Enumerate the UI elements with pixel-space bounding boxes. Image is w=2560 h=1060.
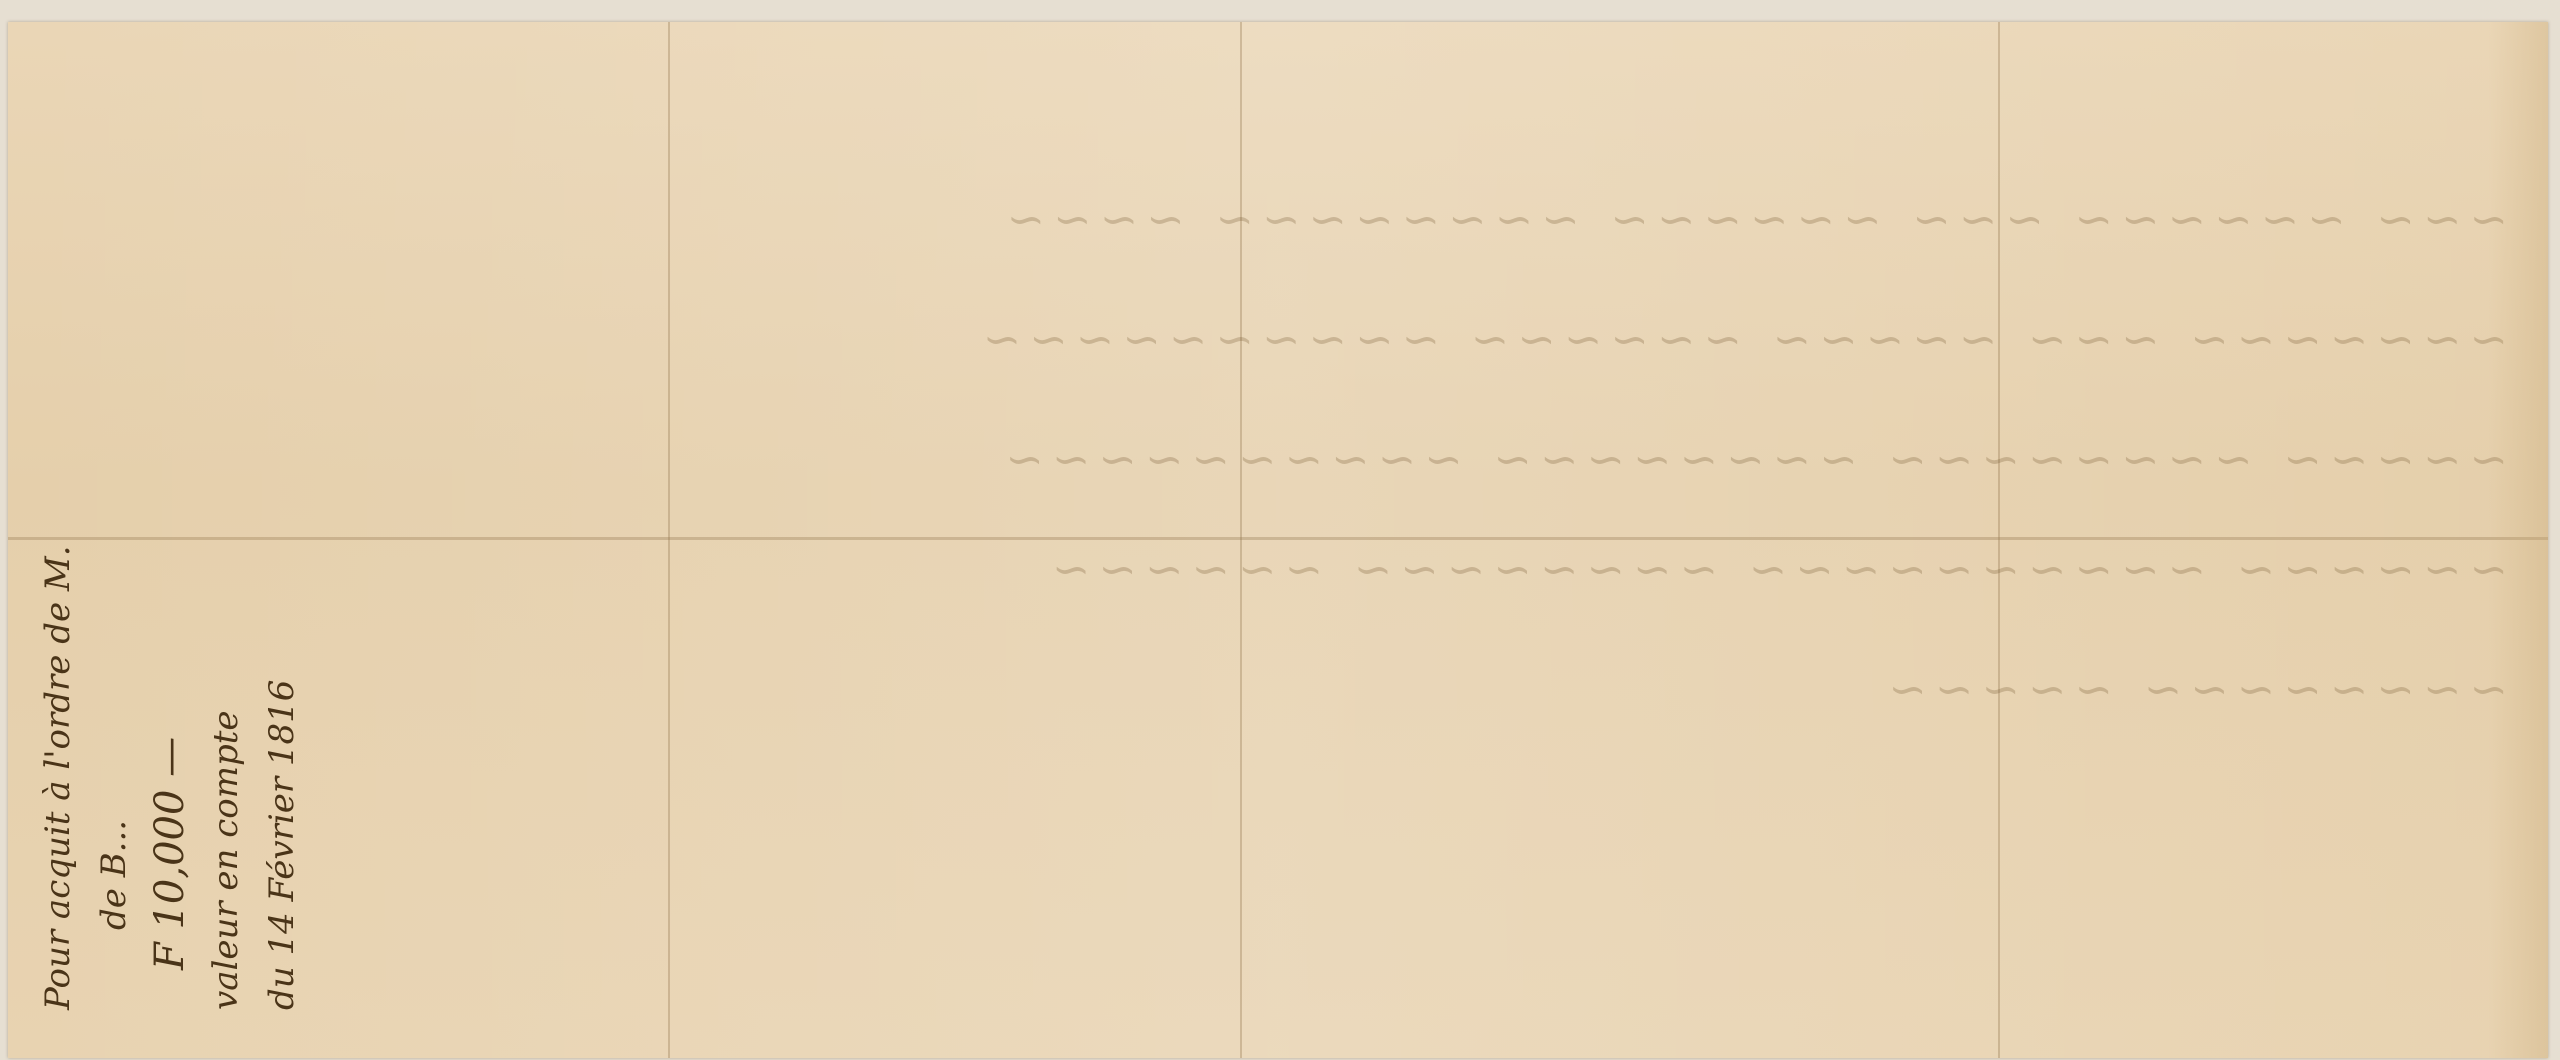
endorsement-amount: F 10,000 — [142, 550, 198, 1010]
fold-line-vertical [668, 22, 670, 1058]
endorsement-line: de B... [86, 550, 142, 1010]
bleed-through-text: ~~~~~~~ ~~~ ~~~~~ ~~~~~~ ~~~~~~~~~~ [118, 312, 2508, 342]
paper-edge [2488, 22, 2548, 1058]
endorsement: Pour acquit à l'ordre de M. de B... F 10… [30, 550, 310, 1010]
fold-line-horizontal [8, 537, 2548, 540]
bleed-through-text: ~~~ ~~~~~~ ~~~ ~~~~~~ ~~~~~~~~ ~~~~ [118, 192, 2508, 222]
endorsement-line: Pour acquit à l'ordre de M. [30, 550, 86, 1010]
endorsement-line: valeur en compte [198, 550, 254, 1010]
bleed-through-text: ~~~~~~~~ ~~~~~ [1008, 662, 2508, 692]
document-paper: ~~~ ~~~~~~ ~~~ ~~~~~~ ~~~~~~~~ ~~~~ ~~~~… [8, 22, 2548, 1058]
bleed-through-text: ~~~~~~ ~~~~~~~~~~ ~~~~~~~~ ~~~~~~ [118, 542, 2508, 572]
fold-line-vertical [1240, 22, 1242, 1058]
bleed-through-text: ~~~~~ ~~~~~~~~ ~~~~~~~~ ~~~~~~~~~~ [118, 432, 2508, 462]
endorsement-date: du 14 Février 1816 [254, 550, 310, 1010]
fold-line-vertical [1998, 22, 2000, 1058]
